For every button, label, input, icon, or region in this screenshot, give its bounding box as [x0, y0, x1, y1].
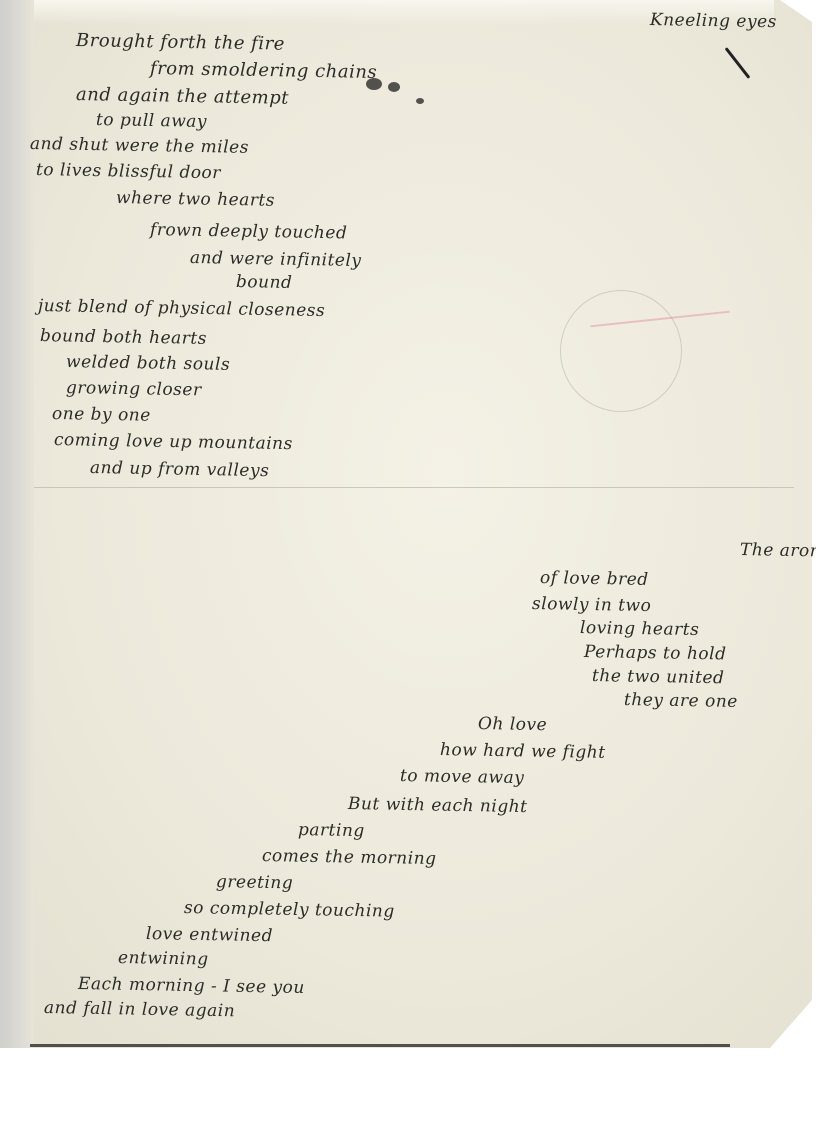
poem-line: and fall in love again	[44, 998, 235, 1021]
poem-line: The aroma	[740, 540, 816, 562]
poem-line: welded both souls	[66, 352, 230, 375]
poem-line: the two united	[592, 666, 725, 688]
poem-line: of love bred	[540, 568, 649, 590]
scanned-page: Kneeling eyes Brought forth the fire fro…	[0, 0, 816, 1123]
poem-line: Each morning - I see you	[78, 974, 305, 998]
poem-line: loving hearts	[580, 618, 700, 640]
upper-poem-block: Kneeling eyes Brought forth the fire fro…	[0, 0, 816, 487]
poem-line: But with each night	[348, 794, 528, 817]
poem-line: one by one	[52, 404, 151, 426]
poem-line: Oh love	[478, 714, 547, 735]
lower-poem-block: The aroma of love bred slowly in two lov…	[0, 490, 816, 990]
poem-line: coming love up mountains	[54, 430, 293, 454]
poem-line: and again the attempt	[76, 84, 289, 109]
poem-line: and were infinitely	[190, 248, 362, 271]
poem-line: and shut were the miles	[30, 134, 249, 158]
poem-line: entwining	[118, 948, 209, 970]
poem-line: how hard we fight	[440, 740, 606, 763]
poem-line: to lives blissful door	[36, 160, 221, 183]
poem-line: they are one	[624, 690, 738, 712]
poem-line: slowly in two	[532, 594, 652, 616]
poem-line: to move away	[400, 766, 525, 788]
poem-line: just blend of physical closeness	[38, 296, 326, 321]
poem-line: bound both hearts	[40, 326, 207, 349]
poem-line: where two hearts	[116, 188, 275, 211]
poem-line: and up from valleys	[90, 458, 270, 481]
poem-line: frown deeply touched	[150, 220, 348, 243]
horizontal-fold-crease	[34, 487, 794, 488]
poem-line: growing closer	[66, 378, 202, 400]
poem-line: Perhaps to hold	[584, 642, 727, 664]
poem-line: comes the morning	[262, 846, 437, 869]
poem-line: from smoldering chains	[150, 58, 378, 83]
poem-line: Brought forth the fire	[76, 30, 285, 55]
poem-line: to pull away	[96, 110, 207, 132]
paper-bottom-edge	[30, 1044, 730, 1047]
poem-line: greeting	[216, 872, 294, 893]
poem-line: bound	[236, 272, 293, 293]
poem-line: love entwined	[146, 924, 273, 946]
poem-line: so completely touching	[184, 898, 395, 922]
poem-line: Kneeling eyes	[650, 10, 777, 32]
poem-line: parting	[298, 820, 365, 841]
